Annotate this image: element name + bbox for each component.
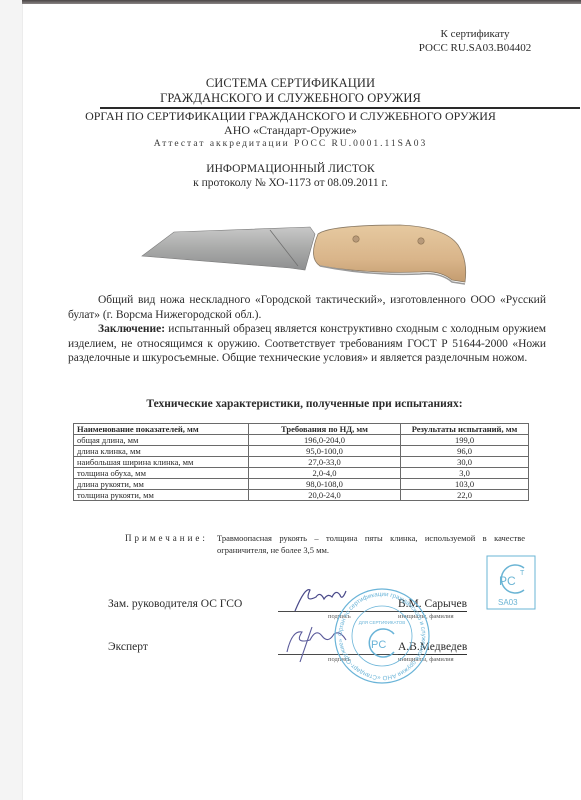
svg-text:PC: PC [371, 639, 386, 651]
scan-top-edge [22, 0, 581, 4]
protocol-reference: к протоколу № ХО-1173 от 08.09.2011 г. [0, 176, 581, 190]
certificate-reference: К сертификату РОСС RU.SA03.B04402 [390, 27, 560, 55]
parameter-name: толщина обуха, мм [74, 468, 249, 479]
test-result-value: 96,0 [401, 446, 529, 457]
test-result-value: 30,0 [401, 457, 529, 468]
organization-name: АНО «Стандарт-Оружие» [0, 123, 581, 137]
info-sheet-title: ИНФОРМАЦИОННЫЙ ЛИСТОК к протоколу № ХО-1… [0, 162, 581, 190]
table-row: толщина рукояти, мм20,0-24,022,0 [74, 490, 529, 501]
description-text: Общий вид ножа нескладного «Городской та… [68, 293, 546, 366]
info-sheet-heading: ИНФОРМАЦИОННЫЙ ЛИСТОК [0, 162, 581, 176]
knife-photo [140, 200, 470, 290]
svg-text:T: T [520, 570, 525, 577]
note-label: Примечание: [125, 532, 217, 556]
column-header: Результаты испытаний, мм [401, 424, 529, 435]
table-row: длина клинка, мм95,0-100,096,0 [74, 446, 529, 457]
parameter-name: длина рукояти, мм [74, 479, 249, 490]
certificate-ref-label: К сертификату [390, 27, 560, 41]
svg-text:ДЛЯ СЕРТИФИКАТОВ: ДЛЯ СЕРТИФИКАТОВ [359, 620, 406, 625]
table-row: толщина обуха, мм2,0-4,03,0 [74, 468, 529, 479]
parameter-name: длина клинка, мм [74, 446, 249, 457]
test-result-value: 103,0 [401, 479, 529, 490]
parameter-name: общая длина, мм [74, 435, 249, 446]
certification-body-name: ОРГАН ПО СЕРТИФИКАЦИИ ГРАЖДАНСКОГО И СЛУ… [0, 109, 581, 123]
note: Примечание: Травмоопасная рукоять – толщ… [125, 532, 525, 556]
specs-title: Технические характеристики, полученные п… [0, 398, 581, 410]
system-title-line2: ГРАЖДАНСКОГО И СЛУЖЕБНОГО ОРУЖИЯ [0, 91, 581, 106]
system-title-line1: СИСТЕМА СЕРТИФИКАЦИИ [0, 76, 581, 91]
requirement-value: 20,0-24,0 [249, 490, 401, 501]
column-header: Требования по НД, мм [249, 424, 401, 435]
certification-body-header: ОРГАН ПО СЕРТИФИКАЦИИ ГРАЖДАНСКОГО И СЛУ… [0, 109, 581, 151]
note-text: Травмоопасная рукоять – толщина пяты кли… [217, 532, 525, 556]
requirement-value: 95,0-100,0 [249, 446, 401, 457]
signer-role: Зам. руководителя ОС ГСО [108, 598, 242, 610]
svg-text:PC: PC [499, 574, 516, 588]
system-header: СИСТЕМА СЕРТИФИКАЦИИ ГРАЖДАНСКОГО И СЛУЖ… [0, 76, 581, 106]
specs-table: Наименование показателей, мм Требования … [73, 423, 529, 501]
signer-role: Эксперт [108, 641, 148, 653]
table-row: наибольшая ширина клинка, мм27,0-33,030,… [74, 457, 529, 468]
table-row: общая длина, мм196,0-204,0199,0 [74, 435, 529, 446]
conclusion-label: Заключение: [98, 323, 165, 335]
table-row: длина рукояти, мм98,0-108,0103,0 [74, 479, 529, 490]
requirement-value: 98,0-108,0 [249, 479, 401, 490]
test-result-value: 199,0 [401, 435, 529, 446]
requirement-value: 27,0-33,0 [249, 457, 401, 468]
parameter-name: наибольшая ширина клинка, мм [74, 457, 249, 468]
knife-description: Общий вид ножа нескладного «Городской та… [68, 293, 546, 322]
column-header: Наименование показателей, мм [74, 424, 249, 435]
specs-header-row: Наименование показателей, мм Требования … [74, 424, 529, 435]
round-seal-stamp-icon: Орган по сертификации гражданского и слу… [332, 586, 432, 686]
test-result-value: 22,0 [401, 490, 529, 501]
conclusion-paragraph: Заключение: испытанный образец является … [68, 322, 546, 366]
accreditation-number: Аттестат аккредитации РОСС RU.0001.11SA0… [0, 137, 581, 151]
parameter-name: толщина рукояти, мм [74, 490, 249, 501]
requirement-value: 2,0-4,0 [249, 468, 401, 479]
certificate-number: РОСС RU.SA03.B04402 [390, 41, 560, 55]
requirement-value: 196,0-204,0 [249, 435, 401, 446]
test-result-value: 3,0 [401, 468, 529, 479]
